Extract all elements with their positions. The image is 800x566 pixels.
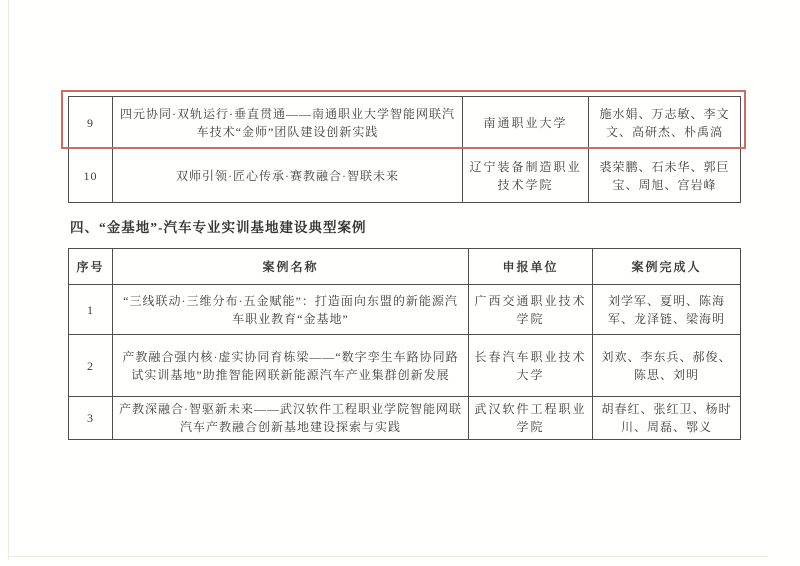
org-cell: 长春汽车职业技术大学 bbox=[469, 335, 593, 397]
org-cell: 武汉软件工程职业学院 bbox=[469, 397, 593, 440]
table-row: 9 四元协同·双轨运行·垂直贯通——南通职业大学智能网联汽车技术“金师”团队建设… bbox=[69, 97, 741, 149]
scan-edge-bottom bbox=[8, 556, 768, 557]
team-cases-table: 9 四元协同·双轨运行·垂直贯通——南通职业大学智能网联汽车技术“金师”团队建设… bbox=[68, 96, 741, 203]
authors-cell: 刘欢、李东兵、郝俊、陈思、刘明 bbox=[593, 335, 741, 397]
base-cases-table: 序号 案例名称 申报单位 案例完成人 1 “三线联动·三维分布·五金赋能”：打造… bbox=[68, 248, 741, 440]
case-name-cell: 产教融合强内核·虚实协同育栋梁——“数字孪生车路协同路试实训基地”助推智能网联新… bbox=[113, 335, 469, 397]
table-header-row: 序号 案例名称 申报单位 案例完成人 bbox=[69, 249, 741, 285]
section-four-title: 四、“金基地”-汽车专业实训基地建设典型案例 bbox=[70, 216, 730, 236]
header-case-name: 案例名称 bbox=[113, 249, 469, 285]
authors-cell: 施水娟、万志敏、李文文、高研杰、朴禹滈 bbox=[589, 97, 741, 149]
header-authors: 案例完成人 bbox=[593, 249, 741, 285]
org-cell: 广西交通职业技术学院 bbox=[469, 285, 593, 335]
row-number: 9 bbox=[69, 97, 113, 149]
case-name-cell: 产教深融合·智驱新未来——武汉软件工程职业学院智能网联汽车产教融合创新基地建设探… bbox=[113, 397, 469, 440]
table-row: 10 双师引领·匠心传承·赛教融合·智联未来 辽宁装备制造职业技术学院 裘荣鹏、… bbox=[69, 149, 741, 203]
case-name-cell: 双师引领·匠心传承·赛教融合·智联未来 bbox=[113, 149, 463, 203]
row-number: 3 bbox=[69, 397, 113, 440]
org-cell: 南通职业大学 bbox=[463, 97, 589, 149]
org-cell: 辽宁装备制造职业技术学院 bbox=[463, 149, 589, 203]
authors-cell: 裘荣鹏、石未华、郭巨宝、周旭、宫岩峰 bbox=[589, 149, 741, 203]
header-no: 序号 bbox=[69, 249, 113, 285]
authors-cell: 刘学军、夏明、陈海军、龙泽链、梁海明 bbox=[593, 285, 741, 335]
scan-edge-left bbox=[8, 0, 9, 560]
row-number: 2 bbox=[69, 335, 113, 397]
case-name-cell: “三线联动·三维分布·五金赋能”：打造面向东盟的新能源汽车职业教育“金基地” bbox=[113, 285, 469, 335]
document-page: 9 四元协同·双轨运行·垂直贯通——南通职业大学智能网联汽车技术“金师”团队建设… bbox=[0, 0, 800, 566]
row-number: 10 bbox=[69, 149, 113, 203]
table-row: 3 产教深融合·智驱新未来——武汉软件工程职业学院智能网联汽车产教融合创新基地建… bbox=[69, 397, 741, 440]
case-name-cell: 四元协同·双轨运行·垂直贯通——南通职业大学智能网联汽车技术“金师”团队建设创新… bbox=[113, 97, 463, 149]
row-number: 1 bbox=[69, 285, 113, 335]
authors-cell: 胡春红、张红卫、杨时川、周磊、鄂义 bbox=[593, 397, 741, 440]
table-row: 2 产教融合强内核·虚实协同育栋梁——“数字孪生车路协同路试实训基地”助推智能网… bbox=[69, 335, 741, 397]
table-row: 1 “三线联动·三维分布·五金赋能”：打造面向东盟的新能源汽车职业教育“金基地”… bbox=[69, 285, 741, 335]
header-org: 申报单位 bbox=[469, 249, 593, 285]
